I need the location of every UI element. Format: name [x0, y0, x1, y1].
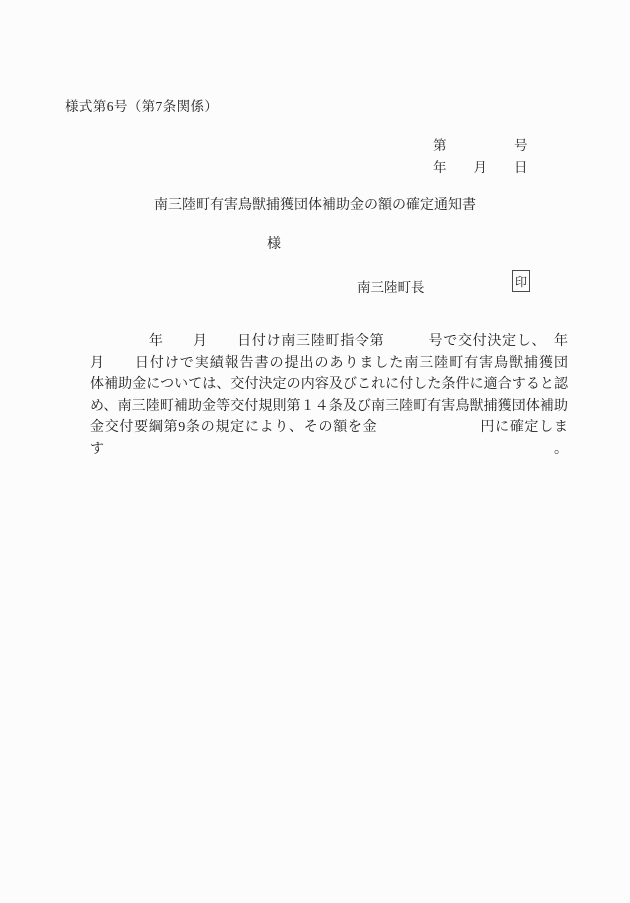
- document-page: 様式第6号（第7条関係） 第 号 年 月 日 南三陸町有害鳥獣捕獲団体補助金の額…: [0, 0, 630, 903]
- body-line-1: 年 月 日付け南三陸町指令第 号で交付決定し、 年: [90, 331, 568, 353]
- document-number-line: 第 号: [433, 134, 528, 154]
- body-paragraph: 年 月 日付け南三陸町指令第 号で交付決定し、 年 月 日付けで実績報告書の提出…: [90, 331, 568, 461]
- body-line-5: 金交付要綱第9条の規定により、その額を金 円に確定します。: [90, 417, 568, 460]
- seal-box: 印: [512, 270, 530, 292]
- body-line-4: め、南三陸町補助金等交付規則第１４条及び南三陸町有害鳥獣捕獲団体補助: [90, 396, 568, 418]
- issuer-name: 南三陸町長: [357, 276, 425, 296]
- date-line: 年 月 日: [433, 156, 528, 176]
- body-line-2: 月 日付けで実績報告書の提出のありました南三陸町有害鳥獣捕獲団: [90, 353, 568, 375]
- form-number: 様式第6号（第7条関係）: [65, 95, 218, 115]
- seal-mark: 印: [515, 273, 527, 290]
- document-title: 南三陸町有害鳥獣捕獲団体補助金の額の確定通知書: [0, 194, 630, 214]
- addressee-honorific: 様: [267, 233, 281, 253]
- body-line-3: 体補助金については、交付決定の内容及びこれに付した条件に適合すると認: [90, 374, 568, 396]
